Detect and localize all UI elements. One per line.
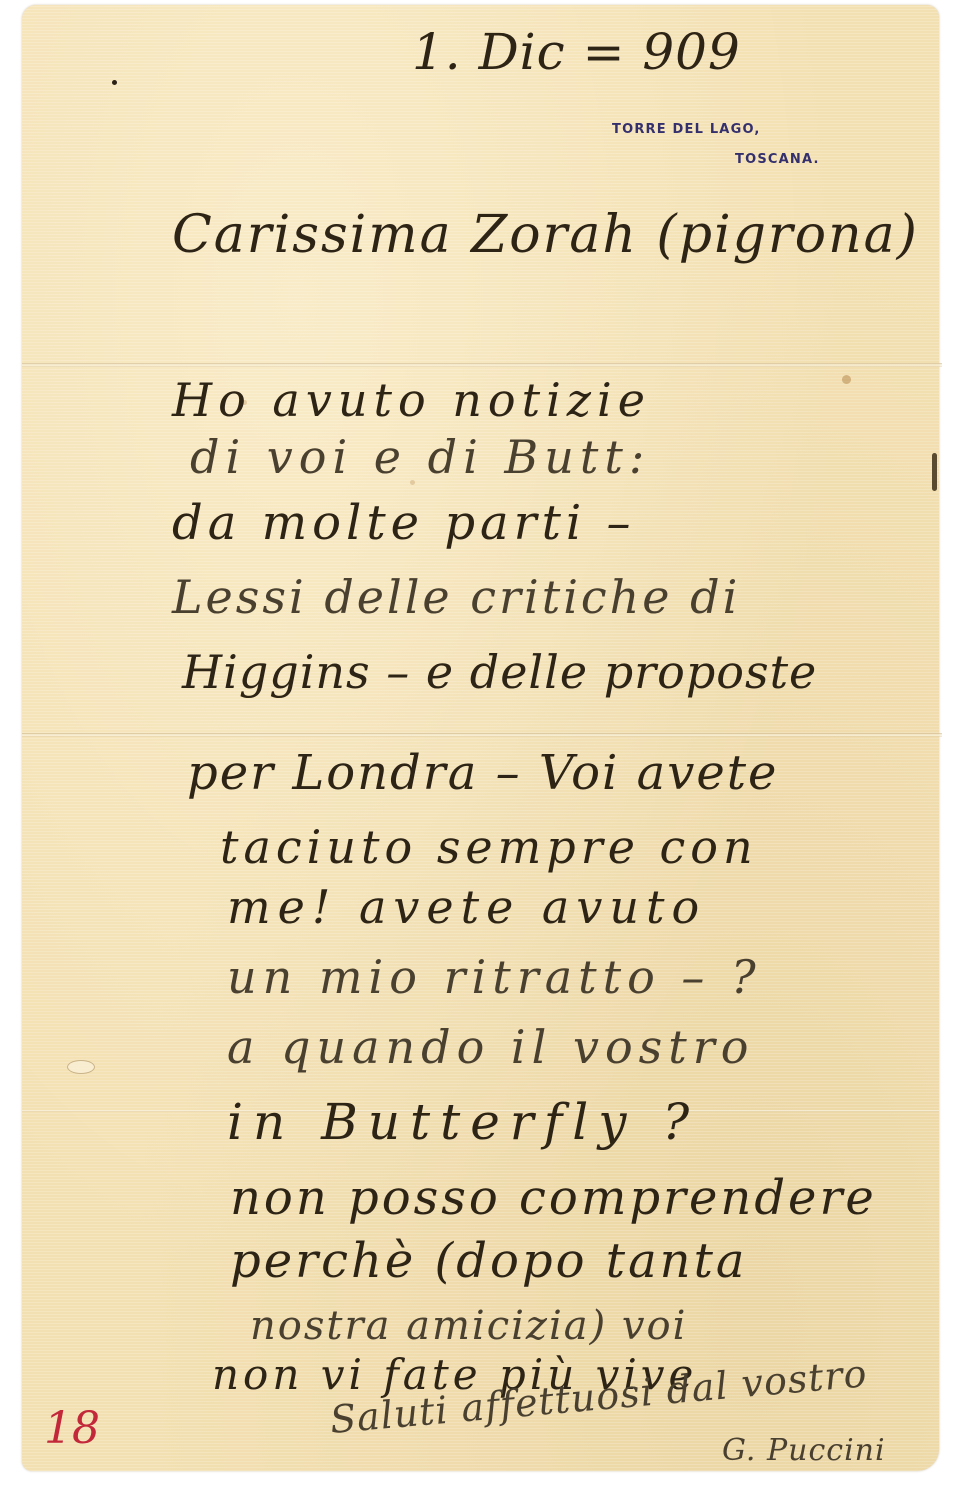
archive-number: 18 — [44, 1403, 100, 1454]
stain-spot — [842, 375, 851, 384]
body-line: Ho avuto notizie — [172, 373, 651, 427]
body-line: Higgins – e delle proposte — [182, 645, 817, 699]
letterhead-line-1: TORRE DEL LAGO, — [612, 122, 761, 137]
body-line: perchè (dopo tanta — [230, 1233, 748, 1289]
body-line: taciuto sempre con — [220, 820, 758, 874]
body-line: in Butterfly ? — [227, 1093, 699, 1151]
body-line: di voi e di Butt: — [190, 430, 650, 484]
body-line: Lessi delle critiche di — [172, 570, 740, 624]
fold-line-middle — [22, 733, 942, 737]
ink-dot — [112, 80, 117, 85]
fold-line-upper — [22, 363, 942, 367]
body-line: per Londra – Voi avete — [187, 745, 778, 801]
letterhead-line-2: TOSCANA. — [735, 152, 820, 167]
body-line: me! avete avuto — [227, 880, 706, 934]
body-line: da molte parti – — [172, 495, 636, 551]
body-line: nostra amicizia) voi — [250, 1303, 687, 1349]
edge-ink-mark — [932, 453, 937, 491]
letter-date: 1. Dic = 909 — [412, 23, 741, 81]
body-line: a quando il vostro — [227, 1020, 754, 1074]
body-line: non posso comprendere — [230, 1170, 877, 1226]
signature: G. Puccini — [722, 1433, 886, 1468]
letter-paper: TORRE DEL LAGO, TOSCANA. 1. Dic = 909 Ca… — [22, 5, 939, 1471]
salutation: Carissima Zorah (pigrona) — [172, 205, 919, 265]
paper-hole-mark — [67, 1060, 95, 1074]
body-line: un mio ritratto – ? — [227, 950, 762, 1004]
